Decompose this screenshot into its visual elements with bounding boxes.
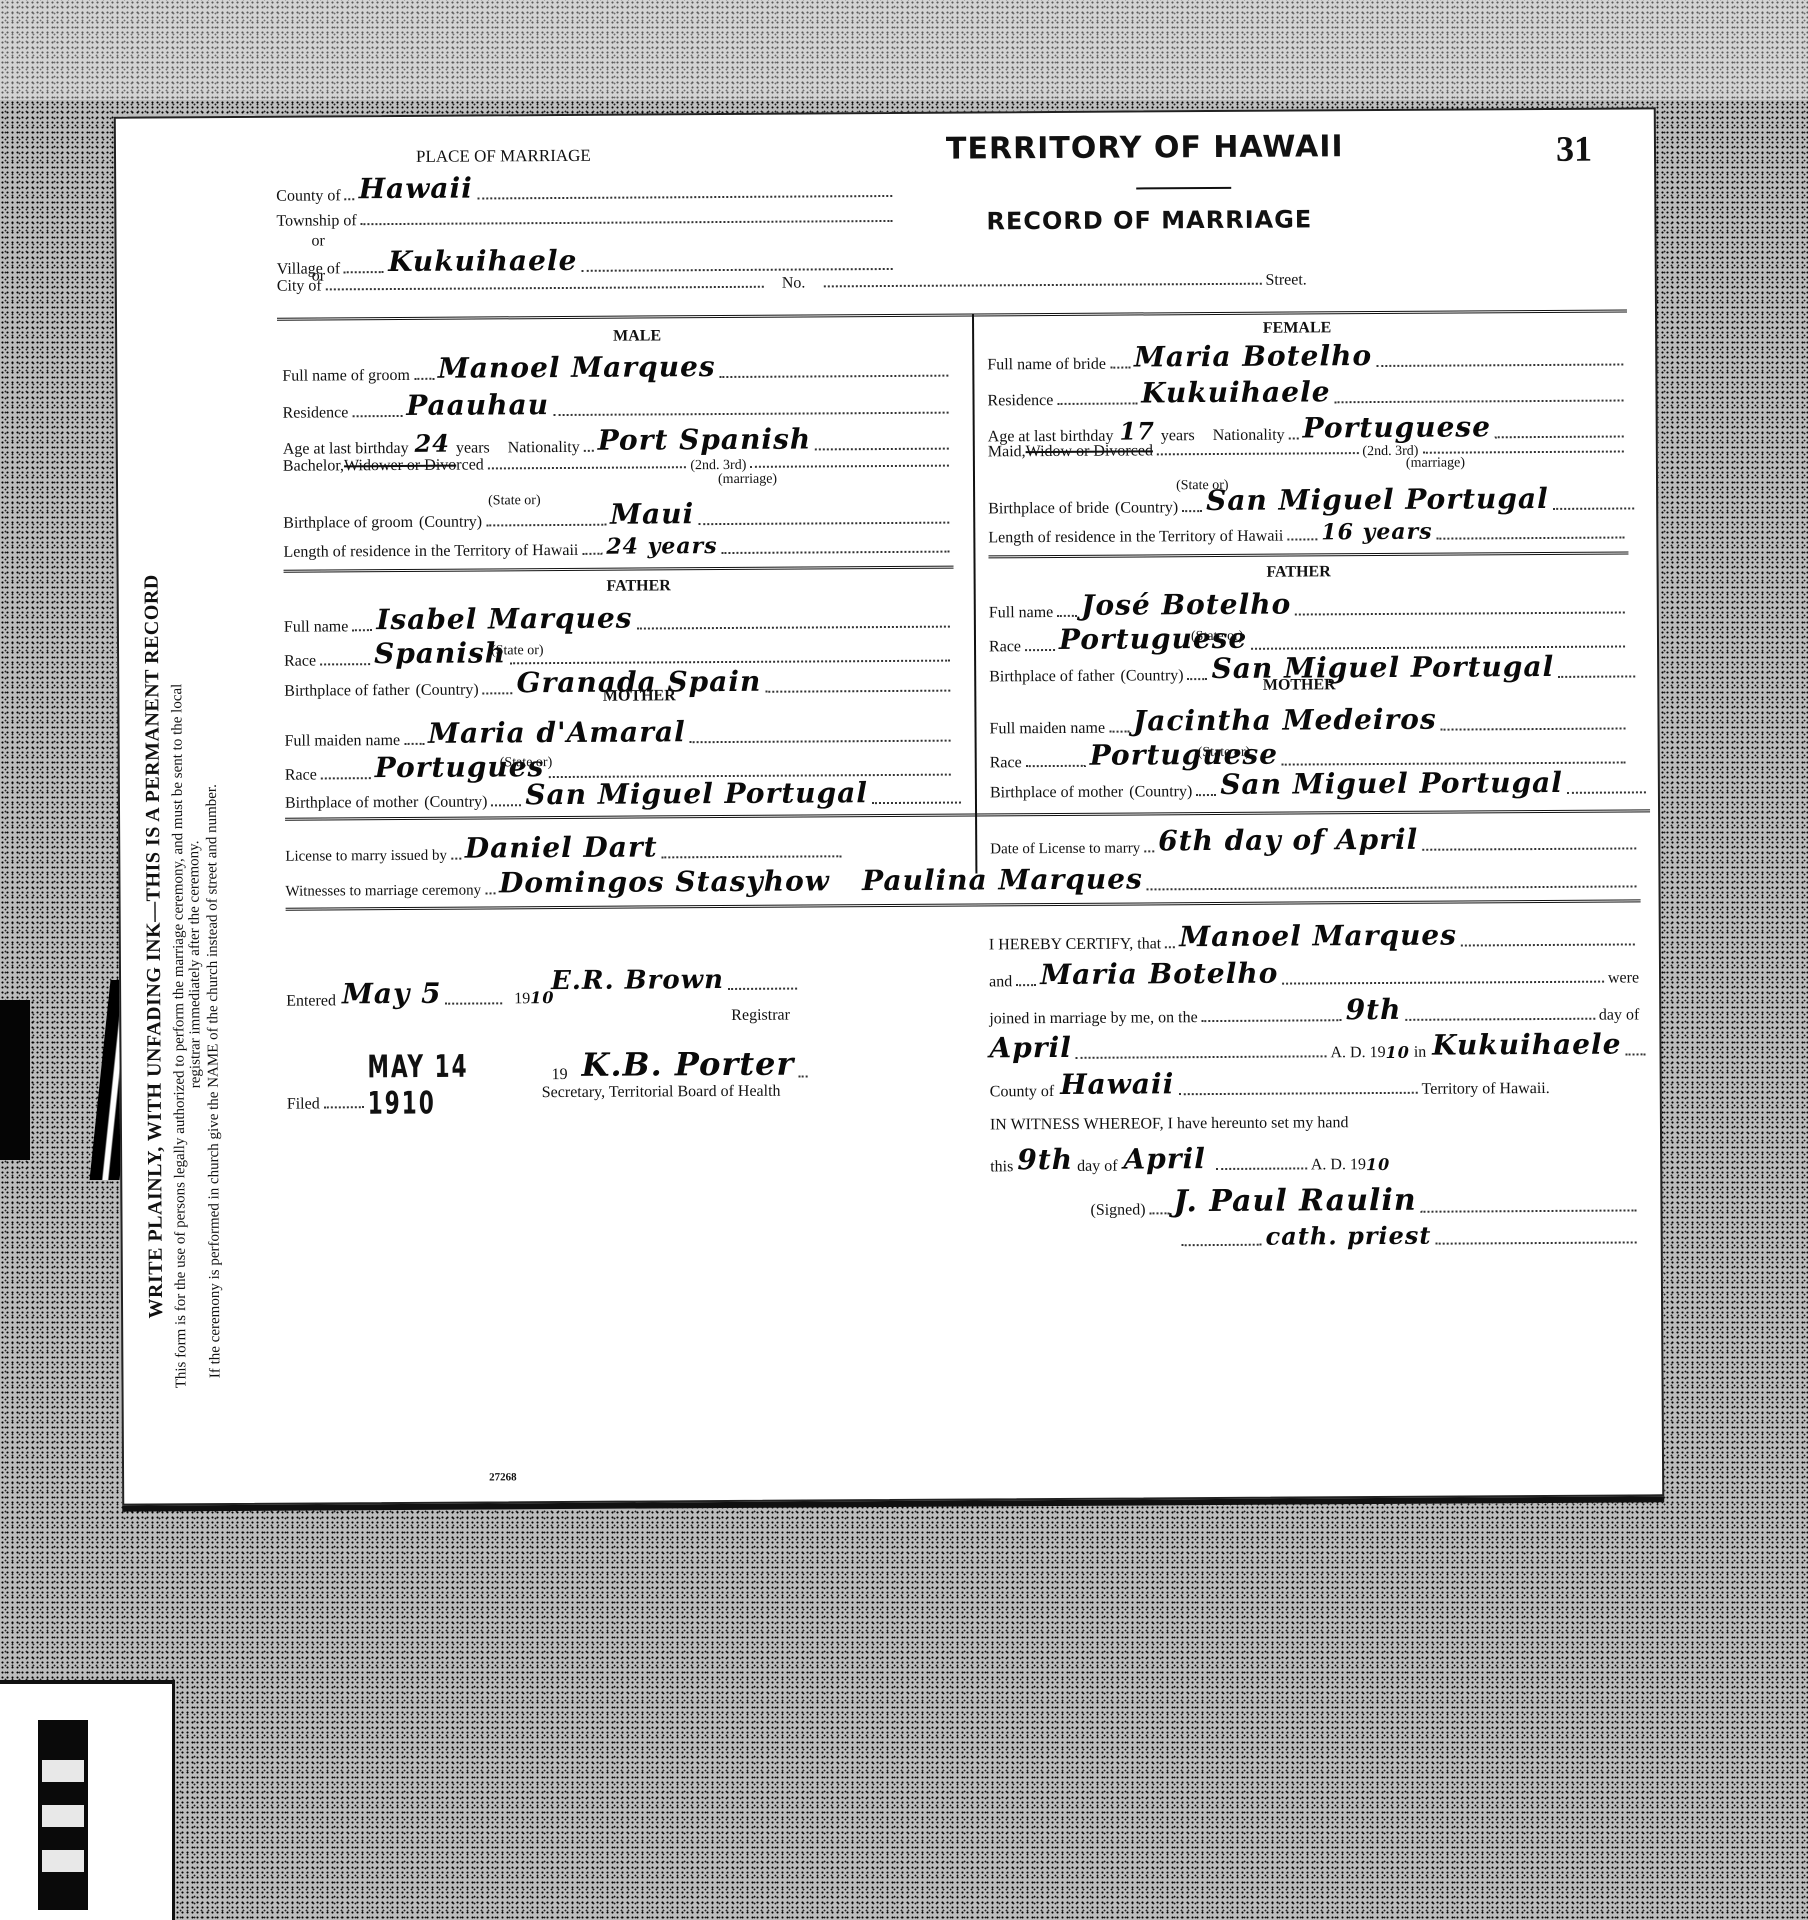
side-note-line: If the ceremony is performed in church g… [204,784,225,1378]
filed-field: Filed MAY 14 1910 [287,1056,547,1114]
certify-bride-field: and Maria Botelho were [989,954,1639,991]
groom-mother-birthplace-value: San Miguel Portugal [525,776,868,811]
certify-month-value: April [989,1031,1072,1065]
groom-residence-length-value: 24 years [606,533,717,560]
village-field: Village of Kukuihaele [277,242,897,279]
bride-birthplace-value: San Miguel Portugal [1206,482,1549,517]
groom-father-name-value: Isabel Marques [376,602,632,637]
column-divider [972,313,977,873]
officiant-title: cath. priest [1266,1221,1432,1251]
registrar-label: Registrar [731,1007,790,1025]
form-number: 27268 [489,1471,517,1483]
place-of-marriage-heading: PLACE OF MARRIAGE [416,146,591,167]
groom-father-heading: FATHER [579,577,699,596]
bride-mother-name-value: Jacintha Medeiros [1133,703,1437,738]
bride-residence-field: Residence Kukuihaele [987,373,1627,410]
witnesses-value: Domingos Stasyhow Paulina Marques [499,862,1143,899]
groom-residence-field: Residence Paauhau [282,386,952,423]
bride-mother-heading: MOTHER [1239,676,1359,695]
scan-background [0,0,1808,100]
marriage-record-form: WRITE PLAINLY, WITH UNFADING INK—THIS IS… [114,107,1664,1505]
scan-edge-strip [0,1000,30,1160]
groom-mother-birthplace-field: Birthplace of mother (Country) San Migue… [285,776,965,813]
entered-date-value: May 5 [342,977,442,1011]
title-record: RECORD OF MARRIAGE [986,205,1312,235]
page-number: 31 [1556,128,1592,170]
certify-day-value: 9th [1346,993,1402,1026]
bride-residence-length-value: 16 years [1321,519,1432,546]
groom-birthplace-value: Maui [610,497,694,531]
title-divider [1136,187,1231,190]
license-date-field: Date of License to marry 6th day of Apri… [990,821,1640,858]
secretary-signature-line: K.B. Porter [581,1044,811,1083]
title-territory: TERRITORY OF HAWAII [946,129,1344,166]
license-issued-by-field: License to marry issued by Daniel Dart [285,829,845,865]
officiant-signature: J. Paul Raulin [1173,1183,1416,1219]
groom-mother-name-value: Maria d'Amaral [428,715,686,750]
bride-age-value: 17 [1119,416,1155,445]
bride-mother-birthplace-field: Birthplace of mother (Country) San Migue… [990,765,1650,802]
officiant-title-field: cath. priest [1178,1219,1641,1251]
groom-status-field: Bachelor, Widower or Divo rced (2nd. 3rd… [283,454,953,476]
certify-day-field: joined in marriage by me, on the 9th day… [989,991,1639,1028]
bride-nationality-value: Portuguese [1303,410,1492,444]
side-instructions: WRITE PLAINLY, WITH UNFADING INK—THIS IS… [109,268,256,1449]
scale-patch [42,1760,84,1782]
witness-month-value: April [1123,1142,1206,1176]
county-field: County of Hawaii [276,169,896,206]
scale-patch [42,1805,84,1827]
bride-mother-birthplace-value: San Miguel Portugal [1220,766,1563,801]
bride-mother-name-field: Full maiden name Jacintha Medeiros [989,701,1629,738]
groom-mother-name-field: Full maiden name Maria d'Amaral [284,714,954,751]
certify-place-value: Kukuihaele [1432,1028,1621,1062]
groom-residence-value: Paauhau [406,388,549,422]
section-divider [277,309,1627,322]
groom-birthplace-field: Birthplace of groom (Country) Maui [283,496,953,533]
groom-father-race-value: Spanish [374,636,506,670]
township-field: Township of [276,209,896,231]
witness-whereof-text: IN WITNESS WHEREOF, I have hereunto set … [990,1114,1349,1134]
certify-bride-value: Maria Botelho [1040,957,1278,991]
signed-field: (Signed) J. Paul Raulin [1090,1181,1640,1219]
license-issuer-value: Daniel Dart [465,830,658,864]
section-divider [286,899,1641,912]
bride-residence-value: Kukuihaele [1141,375,1330,409]
groom-mother-heading: MOTHER [579,687,699,706]
bride-name-value: Maria Botelho [1134,339,1372,373]
female-heading: FEMALE [1237,319,1357,338]
certify-year-value: 10 [1385,1043,1409,1062]
certify-groom-value: Manoel Marques [1179,919,1457,954]
secretary-signature: K.B. Porter [581,1045,794,1084]
registrar-signature: E.R. Brown [551,965,724,996]
certify-county-field: County of Hawaii Territory of Hawaii. [990,1065,1550,1101]
county-value: Hawaii [359,172,473,206]
registrar-signature-line: E.R. Brown [551,965,801,997]
witness-date-field: this 9th day of April A. D. 19 10 [990,1141,1390,1176]
groom-residence-length-field: Length of residence in the Territory of … [283,532,953,562]
groom-father-name-field: Full name Isabel Marques [284,600,954,637]
bride-name-field: Full name of bride Maria Botelho [987,337,1627,374]
witness-year-value: 10 [1366,1155,1390,1174]
witness-day-value: 9th [1017,1143,1073,1176]
entered-field: Entered May 5 [286,976,506,1010]
gray-scale-bar [38,1720,88,1910]
male-heading: MALE [577,327,697,346]
side-note-bold: WRITE PLAINLY, WITH UNFADING INK—THIS IS… [141,574,169,1318]
bride-father-name-field: Full name José Botelho [989,585,1629,622]
bride-birthplace-field: Birthplace of bride (Country) San Miguel… [988,481,1638,518]
certify-county-value: Hawaii [1060,1067,1174,1101]
filed-stamp: MAY 14 1910 [367,1048,539,1122]
bride-status-field: Maid, Widow or Divorced (2nd. 3rd) [988,439,1628,461]
license-date-value: 6th day of April [1158,823,1418,858]
bride-father-name-value: José Botelho [1081,588,1291,622]
secretary-label: Secretary, Territorial Board of Health [542,1083,781,1102]
side-note-line: registrar immediately after the ceremony… [186,841,205,1089]
certify-month-year-field: April A. D. 19 10 in Kukuihaele [989,1027,1649,1064]
groom-age-field: Age at last birthday 24 years Nationalit… [283,422,953,459]
certify-groom-field: I HEREBY CERTIFY, that Manoel Marques [989,917,1639,954]
groom-nationality-value: Port Spanish [598,422,812,456]
village-value: Kukuihaele [388,244,577,278]
bride-father-heading: FATHER [1239,563,1359,582]
scale-patch [42,1850,84,1872]
groom-age-value: 24 [414,429,450,458]
witnesses-field: Witnesses to marriage ceremony Domingos … [285,859,1640,900]
groom-name-field: Full name of groom Manoel Marques [282,349,952,386]
bride-residence-length-field: Length of residence in the Territory of … [988,517,1628,547]
groom-name-value: Manoel Marques [438,350,716,385]
